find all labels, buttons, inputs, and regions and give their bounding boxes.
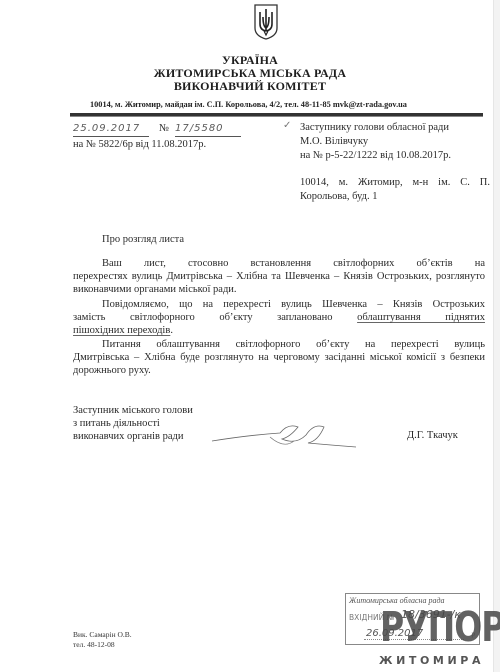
addressee-address-line1: 10014, м. Житомир, м-н ім. С. П.: [300, 176, 490, 190]
paragraph-2: Повідомляємо, що на перехресті вулиць Ше…: [73, 298, 485, 337]
handwritten-underline-text: облаштування піднятих: [357, 312, 485, 323]
addressee-title: Заступнику голови обласної ради: [300, 121, 490, 135]
outgoing-number: 17/5580: [175, 123, 241, 137]
paragraph-2-end: .: [170, 325, 173, 336]
addressee-address-line2: Корольова, буд. 1: [300, 190, 490, 204]
letterhead-address: 10014, м. Житомир, майдан ім. С.П. Корол…: [90, 100, 490, 109]
executor-phone: тел. 48-12-08: [73, 640, 132, 650]
number-label: №: [159, 123, 169, 134]
letter-subject: Про розгляд листа: [102, 234, 184, 245]
handwritten-underline-text-2: пішохідних переходів: [73, 325, 170, 336]
signatory-position: Заступник міського голови з питань діяль…: [73, 404, 193, 443]
addressee-reference: на № р-5-22/1222 від 10.08.2017р.: [300, 149, 490, 163]
paragraph-2-line-3: пішохідних переходів.: [73, 324, 485, 337]
addressee-block: Заступнику голови обласної ради М.О. Віл…: [300, 121, 490, 204]
paragraph-3-line-1: Питання облаштування світлофорного об’єк…: [73, 338, 485, 351]
paragraph-2-line-2: замість світлофорного об’єкту запланован…: [73, 311, 485, 324]
outgoing-date: 25.09.2017: [73, 123, 149, 137]
paragraph-2-text: замість світлофорного об’єкту запланован…: [73, 312, 357, 323]
paragraph-1-rest: перехрестях вулиць Дмитрівська – Хлібна …: [73, 270, 485, 296]
position-line-3: виконавчих органів ради: [73, 430, 193, 443]
position-line-1: Заступник міського голови: [73, 404, 193, 417]
paragraph-3-rest: Дмитрівська – Хлібна буде розглянуто на …: [73, 351, 485, 377]
reference-line: на № 5822/6р від 11.08.2017р.: [73, 139, 206, 150]
check-mark-icon: ✓: [283, 120, 291, 131]
signer-name: Д.Г. Ткачук: [407, 430, 458, 441]
handwritten-signature-icon: [210, 415, 360, 455]
paragraph-1-line-1: Ваш лист, стосовно встановлення світлофо…: [73, 257, 485, 270]
committee-heading: ВИКОНАВЧИЙ КОМІТЕТ: [0, 79, 500, 94]
header-divider: [70, 113, 483, 117]
paragraph-1: Ваш лист, стосовно встановлення світлофо…: [73, 257, 485, 296]
executor-info: Вик. Самарін О.В. тел. 48-12-08: [73, 630, 132, 650]
watermark-logo: РУПОР: [380, 606, 500, 649]
paragraph-2-line-1: Повідомляємо, що на перехресті вулиць Ше…: [73, 298, 485, 311]
position-line-2: з питань діяльності: [73, 417, 193, 430]
trident-coat-of-arms-icon: [254, 4, 278, 40]
watermark-subtitle: ЖИТОМИРА: [379, 654, 484, 667]
paragraph-3: Питання облаштування світлофорного об’єк…: [73, 338, 485, 377]
addressee-name: М.О. Вілівчуку: [300, 135, 490, 149]
scan-edge: [493, 0, 500, 672]
document-page: УКРАЇНА ЖИТОМИРСЬКА МІСЬКА РАДА ВИКОНАВЧ…: [0, 0, 500, 672]
executor-name: Вик. Самарін О.В.: [73, 630, 132, 640]
